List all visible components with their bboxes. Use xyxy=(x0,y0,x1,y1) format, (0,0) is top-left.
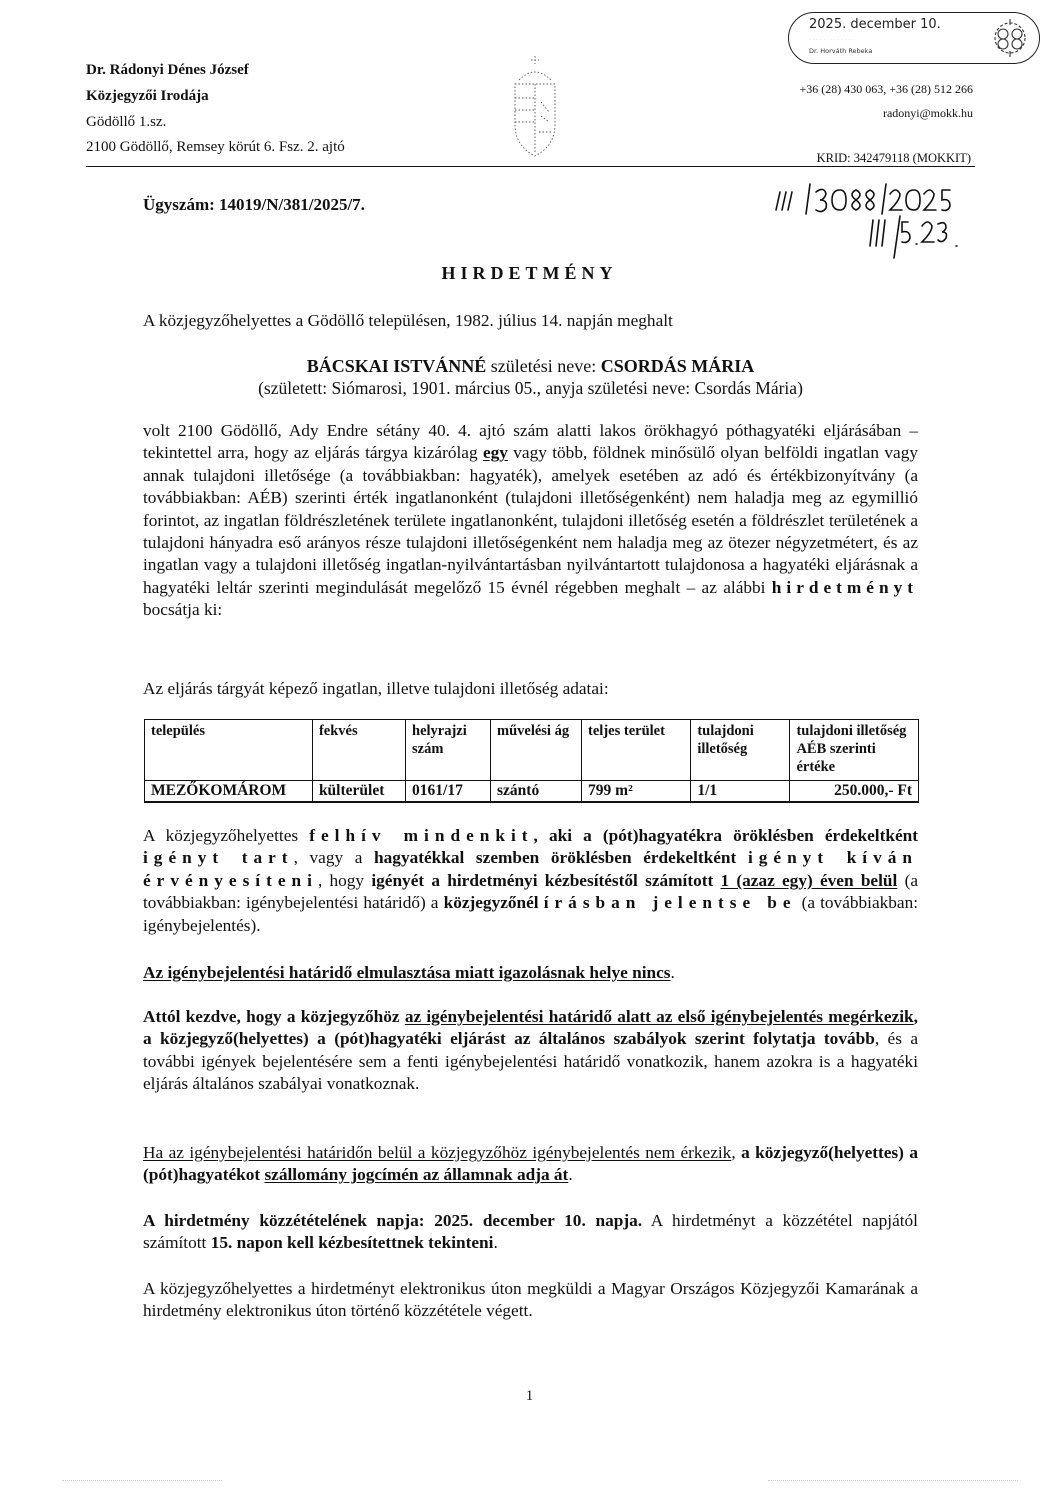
paragraph-text xyxy=(736,848,748,867)
intro-line: A közjegyzőhelyettes a Gödöllő település… xyxy=(143,310,918,332)
document-title: HIRDETMÉNY xyxy=(0,263,1059,284)
office-email: radonyi@mokk.hu xyxy=(883,106,973,120)
stamp-name: Dr. Horváth Rebeka xyxy=(809,47,872,55)
col-header-settlement: település xyxy=(145,720,313,781)
office-name: Közjegyzői Irodája xyxy=(86,88,209,104)
col-header-total-area: teljes terület xyxy=(582,720,691,781)
bold-underlined-emphasis: az igénybejelentési határidő alatt az el… xyxy=(405,1007,914,1026)
bold-emphasis: A hirdetmény közzétételének napja: 2025.… xyxy=(143,1211,642,1230)
col-header-cultivation: művelési ág xyxy=(491,720,582,781)
table-row: MEZŐKOMÁROM külterület 0161/17 szántó 79… xyxy=(145,781,919,803)
cell-cultivation: szántó xyxy=(491,781,582,803)
paragraph-electronic-publication: A közjegyzőhelyettes a hirdetményt elekt… xyxy=(143,1278,918,1323)
deceased-birth-name: CSORDÁS MÁRIA xyxy=(601,356,755,376)
scan-artifact xyxy=(768,1480,1018,1483)
spaced-emphasis: írásban jelentse be xyxy=(544,893,797,912)
bold-emphasis: igényét a hirdetményi kézbesítéstől szám… xyxy=(371,871,713,890)
case-number: Ügyszám: 14019/N/381/2025/7. xyxy=(143,195,365,215)
paragraph-call-to-claim: A közjegyzőhelyettes felhív mindenkit, a… xyxy=(143,825,918,937)
paragraph-text: , vagy a xyxy=(294,848,374,867)
col-header-ownership-share: tulajdoni illetőség xyxy=(691,720,790,781)
paragraph-text: vagy több, földnek minősülő olyan belföl… xyxy=(143,443,918,596)
paragraph-text: . xyxy=(493,1233,497,1252)
table-intro: Az eljárás tárgyát képező ingatlan, ille… xyxy=(143,678,918,700)
paragraph-publication-date: A hirdetmény közzétételének napja: 2025.… xyxy=(143,1210,918,1255)
paragraph-text: , aki a (pót)hagyatékra öröklésben érdek… xyxy=(534,826,918,845)
office-seat: Gödöllő 1.sz. xyxy=(86,114,166,130)
page-number: 1 xyxy=(0,1388,1059,1405)
deceased-name-line: BÁCSKAI ISTVÁNNÉ születési neve: CSORDÁS… xyxy=(143,355,918,377)
deadline-emphasis: 1 (azaz egy) éven belül xyxy=(721,871,898,890)
col-header-lot-number: helyrajzi szám xyxy=(406,720,491,781)
cell-total-area: 799 m² xyxy=(582,781,691,803)
coat-of-arms-icon xyxy=(505,52,565,164)
spaced-hirdetmenyt: hirdetményt xyxy=(772,578,918,597)
bold-underlined-notice: Az igénybejelentési határidő elmulasztás… xyxy=(143,963,671,982)
cell-aeb-value: 250.000,- Ft xyxy=(790,781,919,803)
chamber-emblem-icon xyxy=(989,17,1031,59)
paragraph-text: bocsátja ki: xyxy=(143,600,222,619)
bold-emphasis: közjegyzőnél xyxy=(444,893,539,912)
underlined-text: Ha az igénybejelentési határidőn belül a… xyxy=(143,1143,731,1162)
paragraph-text: . xyxy=(568,1165,572,1184)
letterhead-divider xyxy=(86,166,975,167)
paragraph-text: A közjegyzőhelyettes xyxy=(143,826,309,845)
paragraph-first-claim: Attól kezdve, hogy a közjegyzőhöz az igé… xyxy=(143,1006,918,1096)
paragraph-eligibility: volt 2100 Gödöllő, Ady Endre sétány 40. … xyxy=(143,420,918,622)
paragraph-no-claim: Ha az igénybejelentési határidőn belül a… xyxy=(143,1142,918,1187)
emphasis-one: egy xyxy=(483,443,508,462)
bold-emphasis: Attól kezdve, hogy a közjegyzőhöz xyxy=(143,1007,405,1026)
publication-stamp: 2025. december 10. ····· ······· Dr. Hor… xyxy=(788,12,1040,64)
notary-name: Dr. Rádonyi Dénes József xyxy=(86,62,249,78)
office-krid: KRID: 342479118 (MOKKIT) xyxy=(817,151,971,165)
paragraph-text: , xyxy=(731,1143,741,1162)
bold-underlined-emphasis: szállomány jogcímén az államnak adja át xyxy=(264,1165,568,1184)
table-header-row: település fekvés helyrajzi szám művelési… xyxy=(145,720,919,781)
deceased-name: BÁCSKAI ISTVÁNNÉ xyxy=(307,356,487,376)
office-address: 2100 Gödöllő, Remsey körút 6. Fsz. 2. aj… xyxy=(86,139,345,155)
paragraph-period: . xyxy=(671,963,675,982)
cell-settlement: MEZŐKOMÁROM xyxy=(145,781,313,803)
property-table: település fekvés helyrajzi szám művelési… xyxy=(144,719,919,803)
cell-lot-number: 0161/17 xyxy=(406,781,491,803)
col-header-aeb-value: tulajdoni illetőség AÉB szerinti értéke xyxy=(790,720,919,781)
deceased-details: (született: Siómarosi, 1901. március 05.… xyxy=(143,377,918,399)
bold-emphasis: 15. napon kell kézbesítettnek tekinteni xyxy=(211,1233,494,1252)
stamp-faint-text: ····· ······· xyxy=(809,37,856,43)
spaced-emphasis: igényt tart xyxy=(143,848,294,867)
paragraph-no-excuse: Az igénybejelentési határidő elmulasztás… xyxy=(143,962,918,984)
bold-emphasis: hagyatékkal szemben öröklésben érdekeltk… xyxy=(374,848,736,867)
birth-name-label: születési neve: xyxy=(491,356,596,376)
col-header-location: fekvés xyxy=(312,720,405,781)
stamp-date: 2025. december 10. xyxy=(809,17,941,32)
spaced-emphasis: felhív mindenkit xyxy=(309,826,533,845)
cell-ownership-share: 1/1 xyxy=(691,781,790,803)
cell-location: külterület xyxy=(312,781,405,803)
paragraph-text xyxy=(713,871,720,890)
handwritten-registry-note xyxy=(770,180,970,260)
paragraph-text: , hogy xyxy=(318,871,371,890)
scan-artifact xyxy=(62,1480,222,1483)
office-phone: +36 (28) 430 063, +36 (28) 512 266 xyxy=(799,82,973,96)
